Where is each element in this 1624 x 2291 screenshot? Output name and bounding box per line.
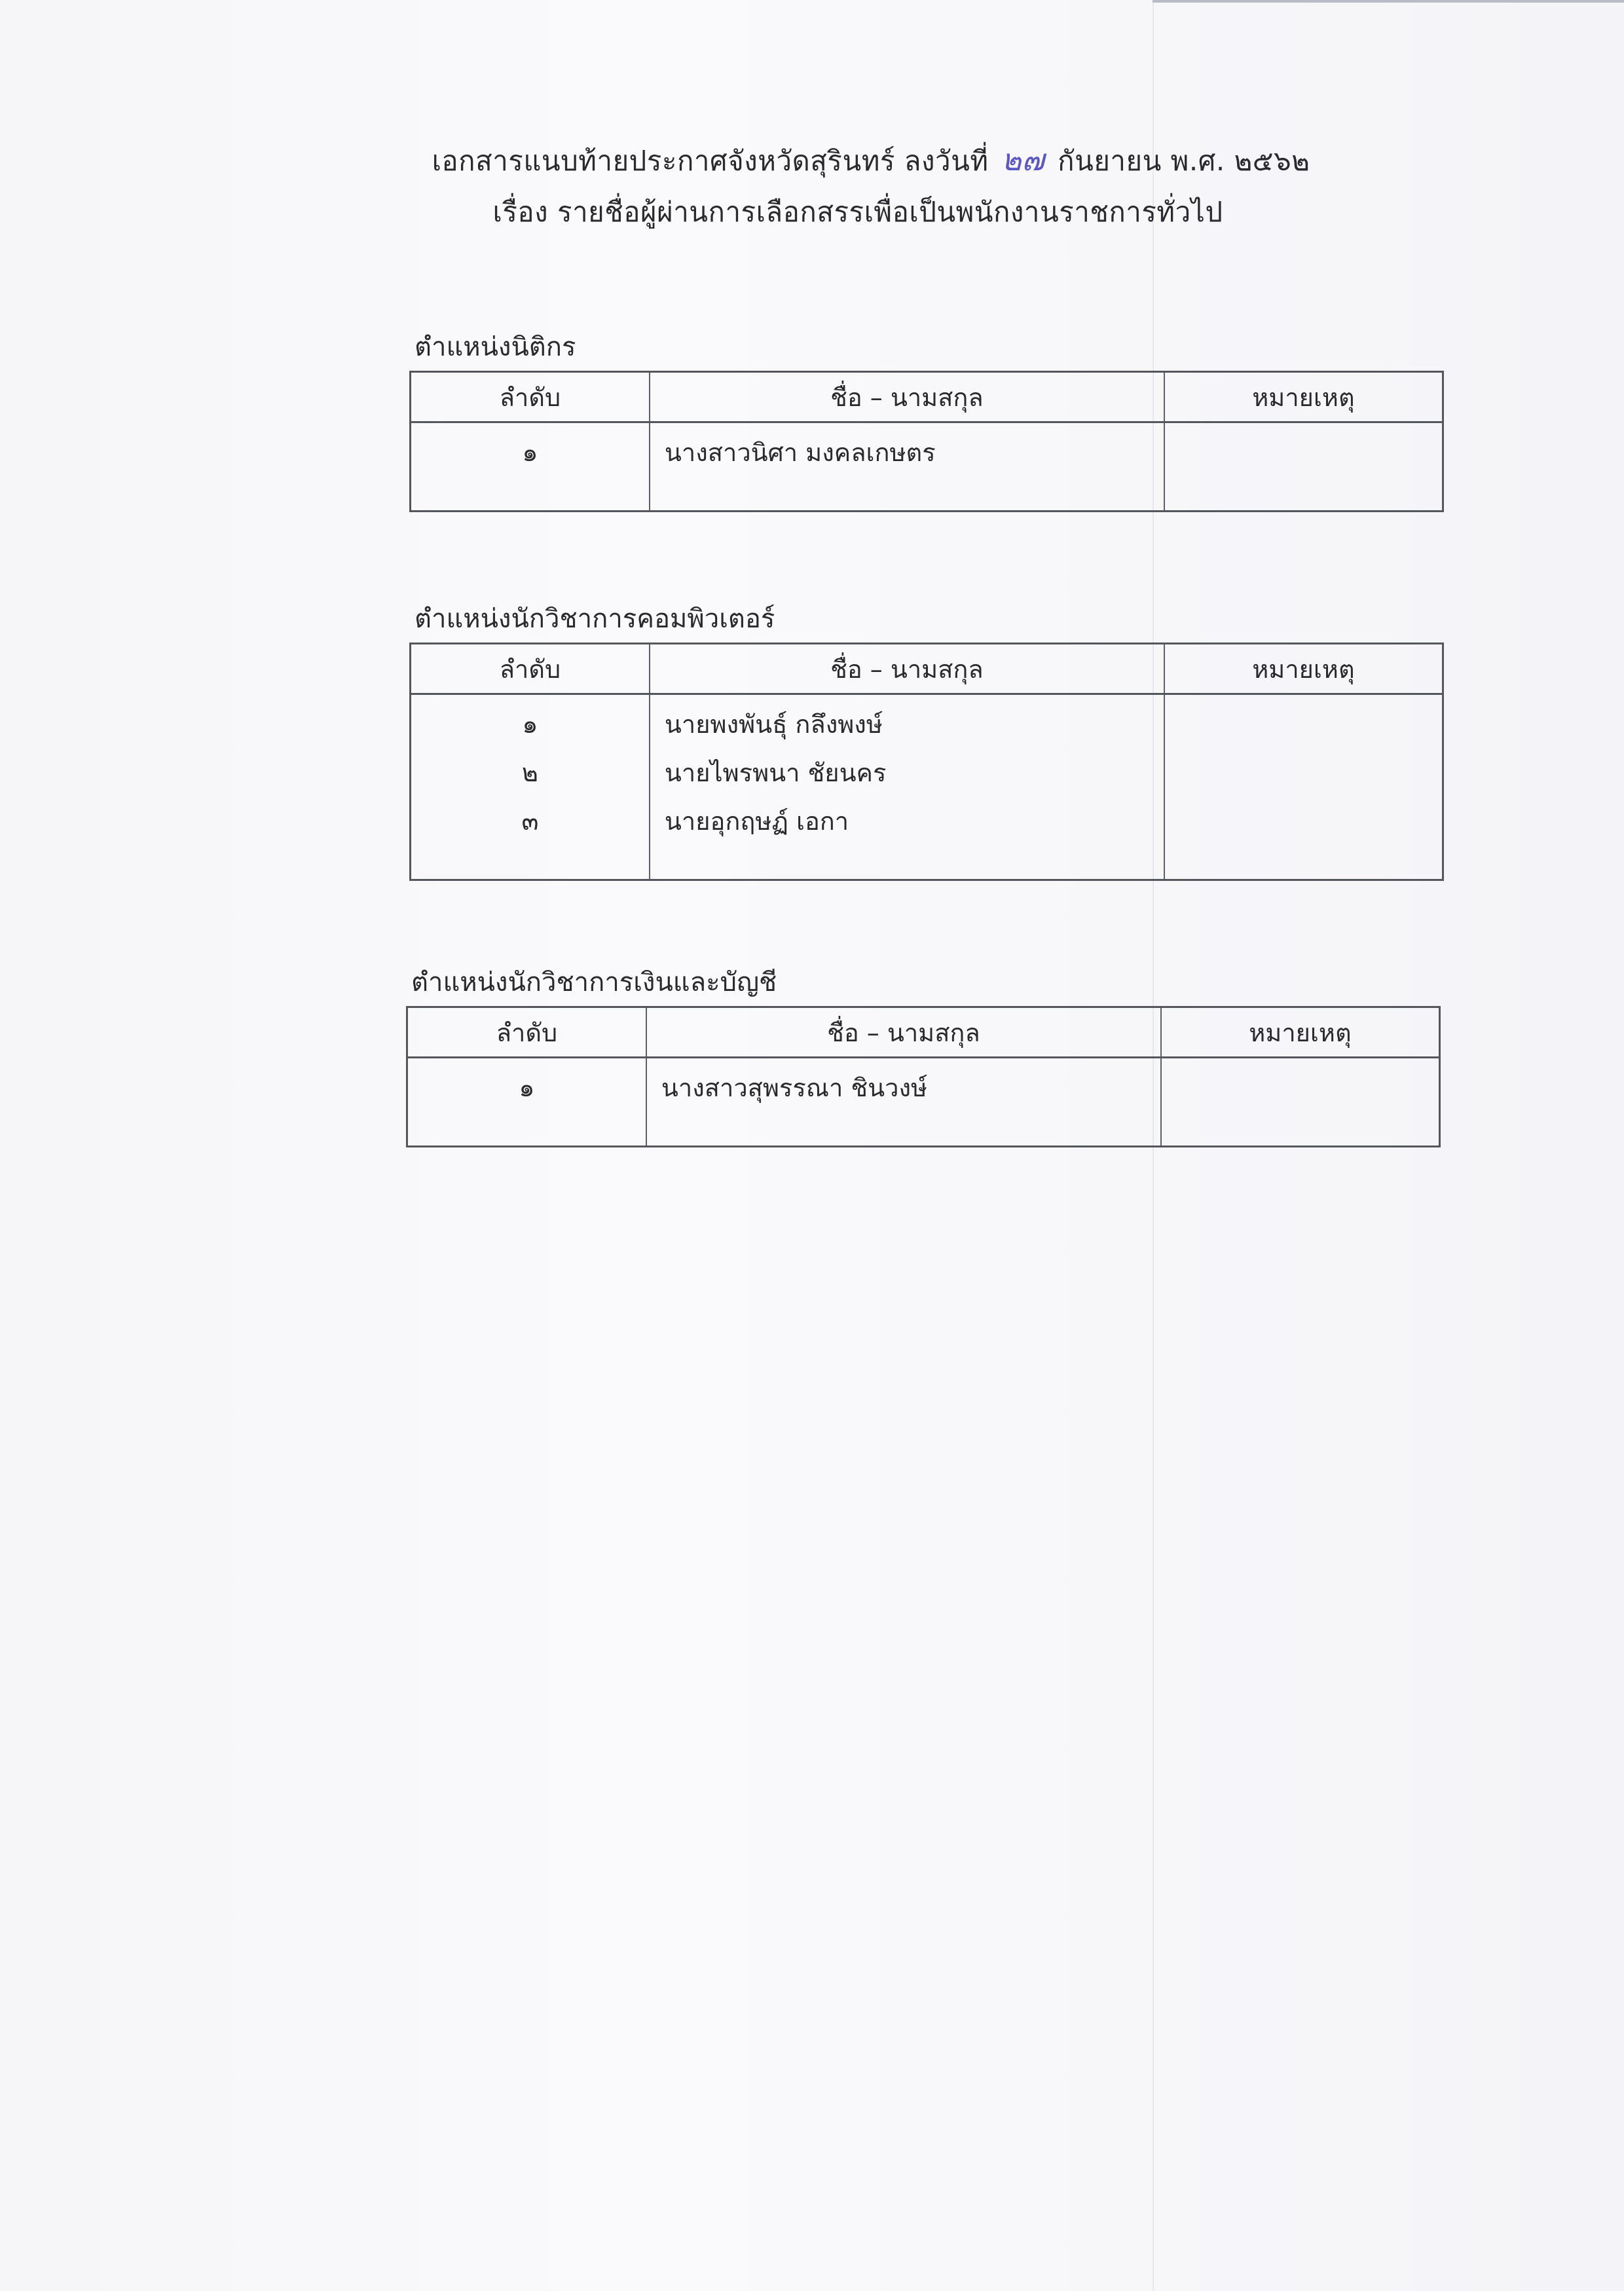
column-header-order: ลำดับ	[411, 372, 650, 422]
order-cell: ๑ ๒ ๓	[411, 694, 650, 880]
header-suffix: กันยายน พ.ศ. ๒๕๖๒	[1058, 145, 1310, 177]
table-row: ๑ ๒ ๓ นายพงพันธุ์ กลึงพงษ์ นายไพรพนา ชัย…	[411, 694, 1443, 880]
document-header: เอกสารแนบท้ายประกาศจังหวัดสุรินทร์ ลงวัน…	[367, 134, 1349, 238]
section-computer-technical-officer: ตำแหน่งนักวิชาการคอมพิวเตอร์ ลำดับ ชื่อ …	[409, 599, 1444, 881]
table-header-row: ลำดับ ชื่อ – นามสกุล หมายเหตุ	[411, 644, 1443, 694]
table-row: ๑ นางสาวสุพรรณา ชินวงษ์	[407, 1058, 1440, 1147]
scan-edge-mark	[1153, 0, 1624, 3]
column-header-name: ชื่อ – นามสกุล	[650, 372, 1164, 422]
roster-table: ลำดับ ชื่อ – นามสกุล หมายเหตุ ๑ ๒ ๓ นายพ…	[409, 643, 1444, 881]
column-header-order: ลำดับ	[407, 1007, 646, 1058]
section-title: ตำแหน่งนักวิชาการเงินและบัญชี	[406, 963, 1441, 1002]
section-finance-accounting-officer: ตำแหน่งนักวิชาการเงินและบัญชี ลำดับ ชื่อ…	[406, 963, 1441, 1147]
column-header-remark: หมายเหตุ	[1161, 1007, 1440, 1058]
order-cell: ๑	[407, 1058, 646, 1147]
section-title: ตำแหน่งนักวิชาการคอมพิวเตอร์	[409, 599, 1444, 639]
column-header-name: ชื่อ – นามสกุล	[650, 644, 1164, 694]
header-line-2: เรื่อง รายชื่อผู้ผ่านการเลือกสรรเพื่อเป็…	[367, 187, 1349, 238]
roster-table: ลำดับ ชื่อ – นามสกุล หมายเหตุ ๑ นางสาวสุ…	[406, 1006, 1441, 1147]
header-line-1: เอกสารแนบท้ายประกาศจังหวัดสุรินทร์ ลงวัน…	[393, 134, 1349, 187]
section-legal-officer: ตำแหน่งนิติกร ลำดับ ชื่อ – นามสกุล หมายเ…	[409, 327, 1444, 512]
remark-cell	[1164, 694, 1443, 880]
table-header-row: ลำดับ ชื่อ – นามสกุล หมายเหตุ	[407, 1007, 1440, 1058]
column-header-remark: หมายเหตุ	[1164, 372, 1443, 422]
table-row: ๑ นางสาวนิศา มงคลเกษตร	[411, 422, 1443, 512]
roster-table: ลำดับ ชื่อ – นามสกุล หมายเหตุ ๑ นางสาวนิ…	[409, 371, 1444, 512]
header-prefix: เอกสารแนบท้ายประกาศจังหวัดสุรินทร์ ลงวัน…	[432, 145, 989, 177]
remark-cell	[1161, 1058, 1440, 1147]
column-header-name: ชื่อ – นามสกุล	[646, 1007, 1161, 1058]
remark-cell	[1164, 422, 1443, 512]
handwritten-date-day: ๒๗	[997, 142, 1048, 177]
name-cell: นางสาวสุพรรณา ชินวงษ์	[646, 1058, 1161, 1147]
name-cell: นายพงพันธุ์ กลึงพงษ์ นายไพรพนา ชัยนคร นา…	[650, 694, 1164, 880]
scanned-page: เอกสารแนบท้ายประกาศจังหวัดสุรินทร์ ลงวัน…	[0, 0, 1624, 2291]
column-header-order: ลำดับ	[411, 644, 650, 694]
table-header-row: ลำดับ ชื่อ – นามสกุล หมายเหตุ	[411, 372, 1443, 422]
column-header-remark: หมายเหตุ	[1164, 644, 1443, 694]
order-cell: ๑	[411, 422, 650, 512]
name-cell: นางสาวนิศา มงคลเกษตร	[650, 422, 1164, 512]
section-title: ตำแหน่งนิติกร	[409, 327, 1444, 367]
